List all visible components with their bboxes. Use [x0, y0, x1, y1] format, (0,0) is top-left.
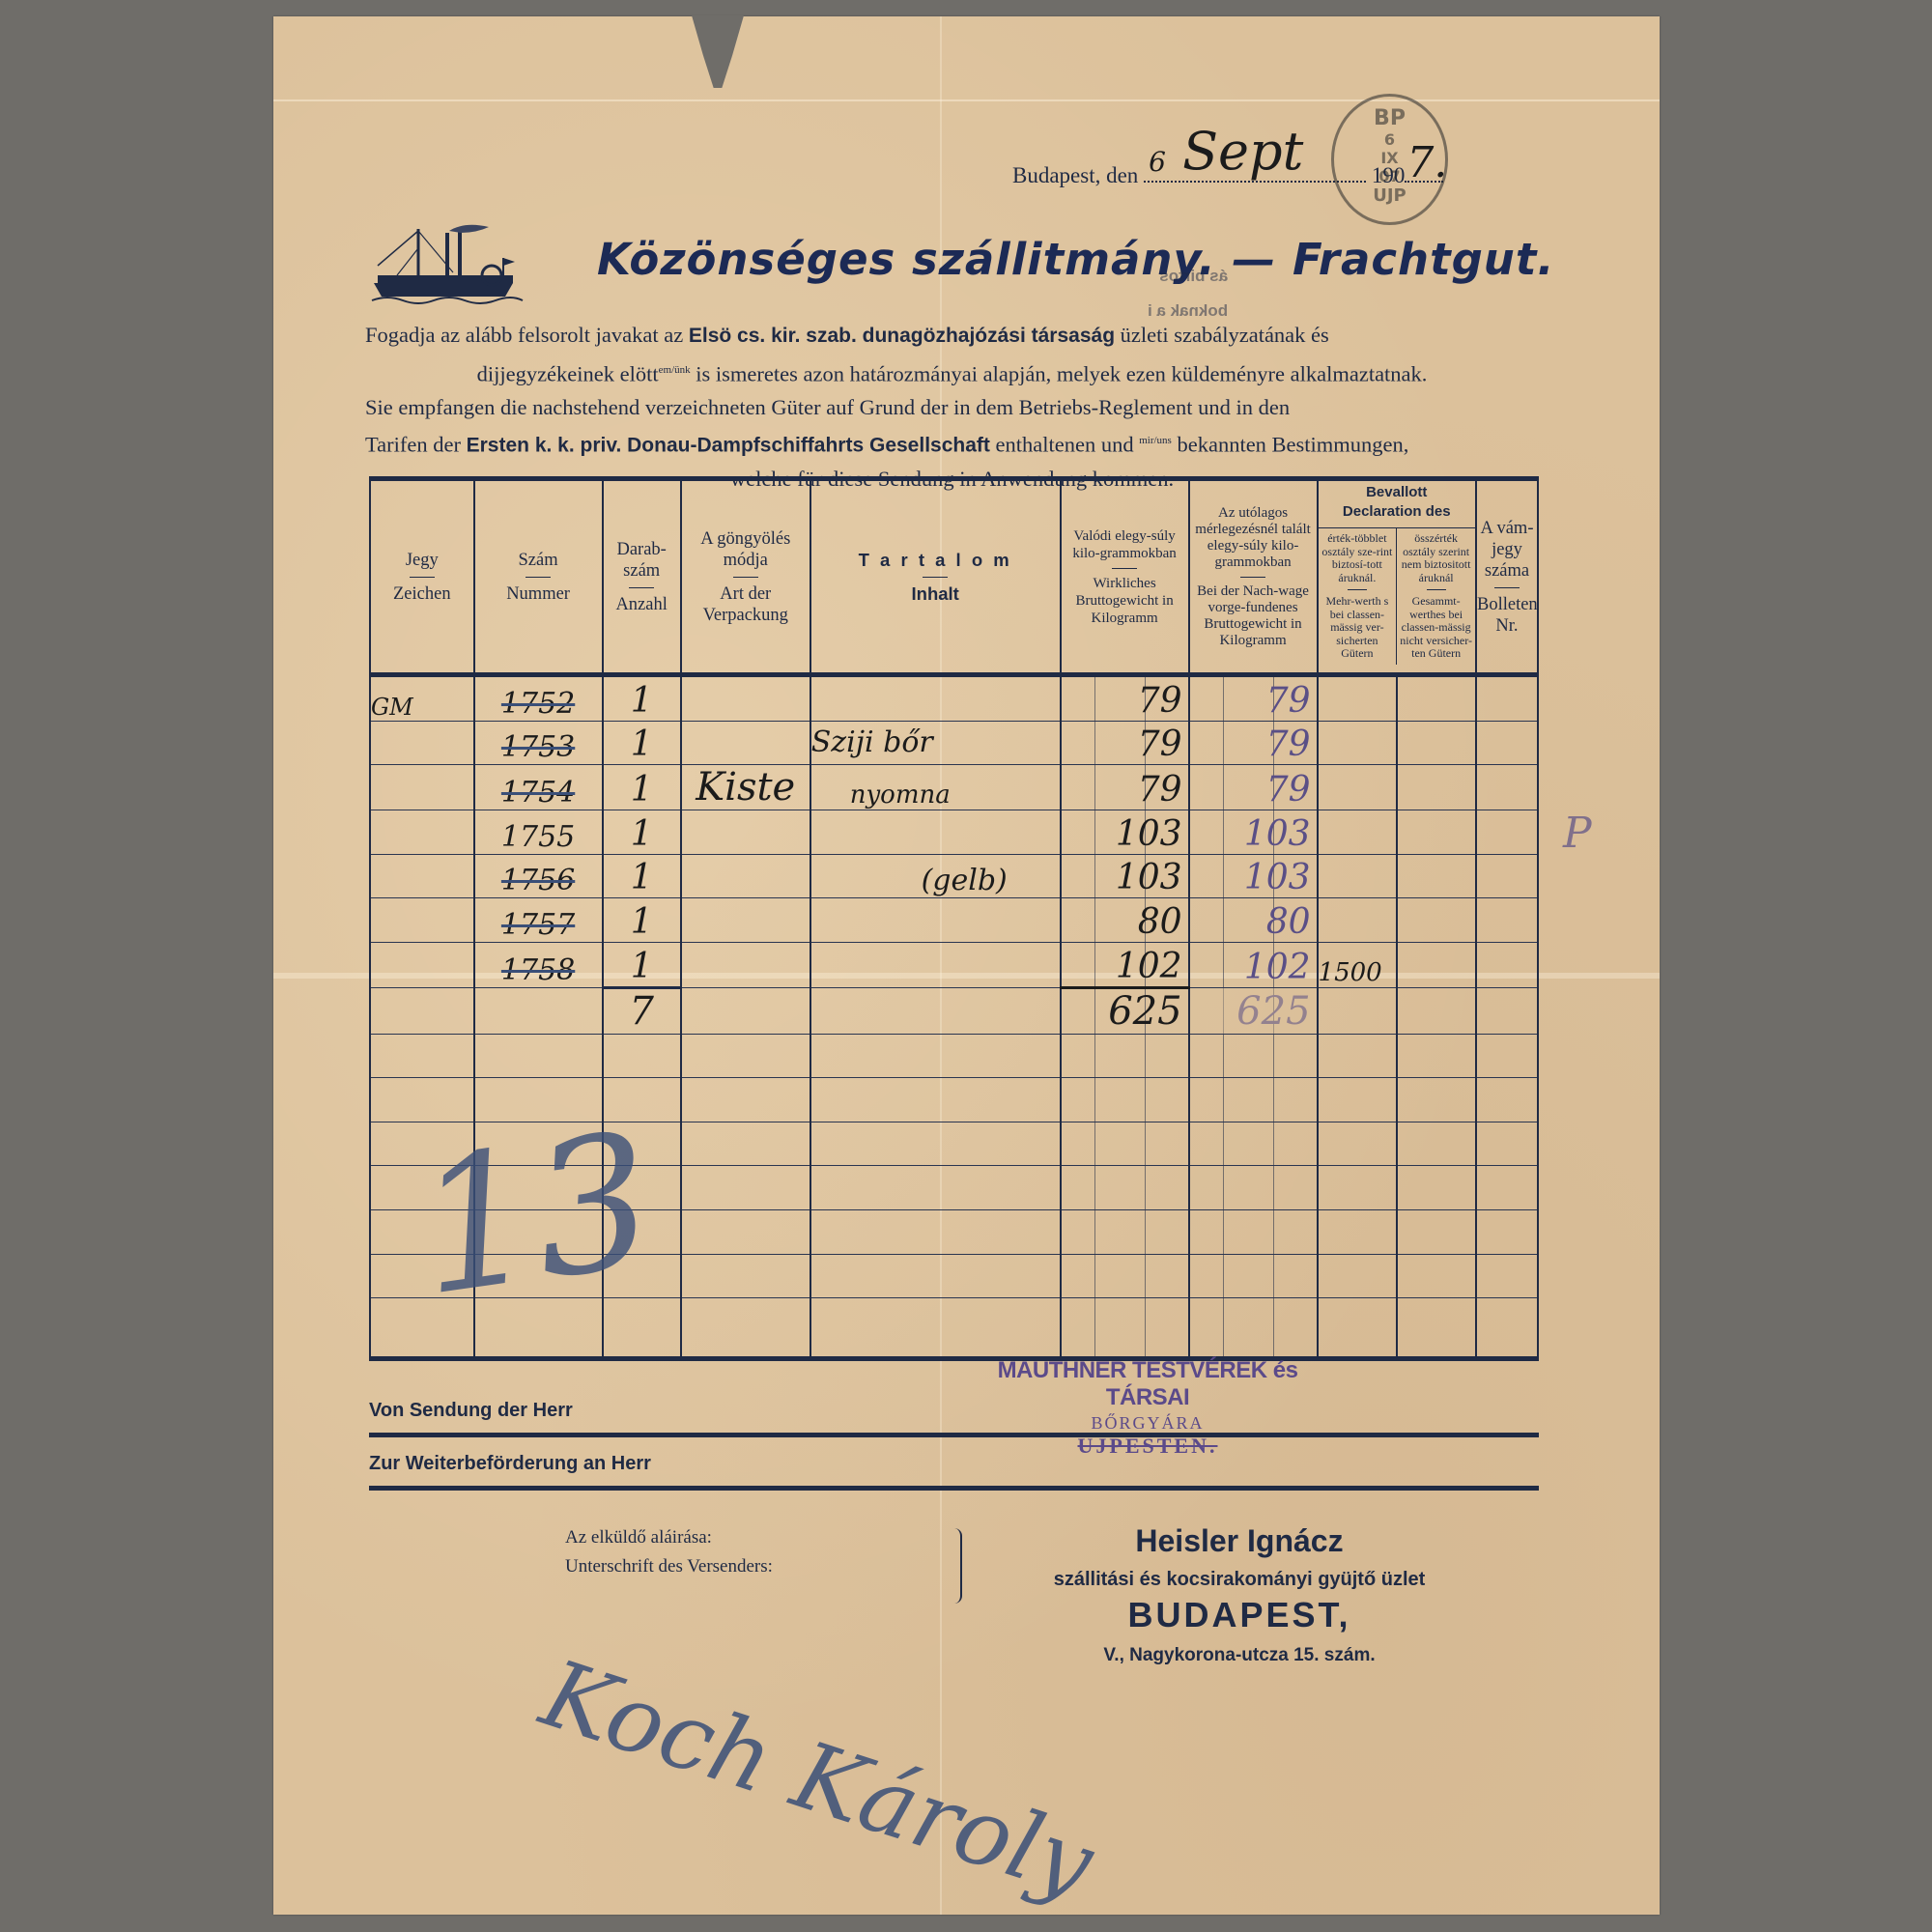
col-header-count: Darab-számAnzahl [603, 479, 681, 675]
cell-customs-no [1476, 942, 1538, 987]
cell-reweigh-weight: 79 [1189, 721, 1318, 765]
cell-declared-surplus [1318, 810, 1397, 855]
table-row: 1757 1 80 80 [370, 898, 1538, 943]
cell-mark [370, 854, 474, 898]
cell-count: 1 [603, 854, 681, 898]
cell-packing-note: Kiste [681, 765, 810, 810]
company-stamp: MAUTHNER TESTVÉREK és TÁRSAI BŐRGYÁRA UJ… [969, 1357, 1326, 1459]
forwarder-address: V., Nagykorona-utcza 15. szám. [950, 1645, 1529, 1666]
sender-line: Von Sendung der Herr [369, 1400, 1539, 1437]
cell-count: 1 [603, 898, 681, 943]
cell-total-count: 7 [603, 987, 681, 1034]
cell-contents [810, 898, 1061, 943]
cell-mark [370, 721, 474, 765]
steamship-icon [368, 219, 527, 306]
cell-declared-total [1397, 765, 1476, 810]
col-header-packing: A göngyölés módjaArt der Verpackung [681, 479, 810, 675]
waybill-paper: Budapest, den 6 Sept 190 7. BP 6 IX 07 U… [273, 16, 1660, 1915]
cell-contents-note-1: Sziji bőr [810, 721, 1061, 765]
cell-mark [370, 898, 474, 943]
cell-declared-surplus [1318, 721, 1397, 765]
cell-contents [810, 810, 1061, 855]
cell-count: 1 [603, 765, 681, 810]
cell-declared-surplus [1318, 898, 1397, 943]
cell-contents-note-2: nyomna [810, 765, 1061, 810]
cell-declared-surplus: 1500 [1318, 942, 1397, 987]
table-row: GM 1752 1 79 79 [370, 675, 1538, 722]
table-row-empty [370, 1034, 1538, 1078]
table-total-row: 7 625 625 [370, 987, 1538, 1034]
table-row: 1754 1 Kiste nyomna 79 79 [370, 765, 1538, 810]
cell-mark [370, 942, 474, 987]
cell-number: 1758 [474, 942, 603, 987]
cell-gross-weight: 79 [1061, 765, 1189, 810]
sender-line-label: Von Sendung der Herr [369, 1400, 573, 1421]
top-notch [692, 15, 744, 88]
table-header-row: JegyZeichen SzámNummer Darab-számAnzahl … [370, 479, 1538, 675]
cell-contents [810, 987, 1061, 1034]
cell-contents [810, 942, 1061, 987]
postmark-stamp: BP 6 IX 07 UJP [1331, 94, 1448, 225]
side-mark: P [1563, 809, 1592, 858]
cell-declared-total [1397, 721, 1476, 765]
table-row: 1755 1 103 103 [370, 810, 1538, 855]
cell-gross-weight: 80 [1061, 898, 1189, 943]
cell-declared-surplus [1318, 987, 1397, 1034]
cell-customs-no [1476, 898, 1538, 943]
intro-text: Fogadja az alább felsorolt javakat az El… [365, 319, 1539, 497]
col-header-declaration: BevallottDeclaration des érték-többlet o… [1318, 479, 1476, 675]
col-header-contents: T a r t a l o mInhalt [810, 479, 1061, 675]
company-name-hu: Elsö cs. kir. szab. dunagözhajózási társ… [689, 325, 1115, 347]
blue-pencil-mark: 13 [405, 1093, 666, 1336]
col-header-declared-total: összérték osztály szerint nem biztositot… [1397, 528, 1475, 665]
cell-declared-total [1397, 898, 1476, 943]
col-header-customs-no: A vám-jegy számaBolleten Nr. [1476, 479, 1538, 675]
cell-gross-weight: 79 [1061, 721, 1189, 765]
mirror-offset-text: ás birtos boknak a i [1148, 266, 1228, 322]
cell-declared-total [1397, 810, 1476, 855]
company-name-de: Ersten k. k. priv. Donau-Dampfschiffahrt… [467, 435, 990, 457]
cell-number: 1752 [474, 675, 603, 722]
cell-mark [370, 810, 474, 855]
cell-customs-no [1476, 987, 1538, 1034]
cell-packing [681, 987, 810, 1034]
cell-reweigh-weight: 103 [1189, 854, 1318, 898]
table-row: 1753 1 Sziji bőr 79 79 [370, 721, 1538, 765]
fold-line-top [273, 99, 1660, 101]
document-title: Közönséges szállitmány. — Frachtgut. [597, 234, 1554, 285]
col-header-gross-weight: Valódi elegy-súly kilo-grammokbanWirklic… [1061, 479, 1189, 675]
cell-customs-no [1476, 854, 1538, 898]
forwarder-subtitle: szállitási és kocsirakományi gyüjtő üzle… [950, 1569, 1529, 1591]
cell-declared-surplus [1318, 765, 1397, 810]
cell-count: 1 [603, 942, 681, 987]
cell-reweigh-weight: 103 [1189, 810, 1318, 855]
table-row: 1758 1 102 102 1500 [370, 942, 1538, 987]
cell-customs-no [1476, 765, 1538, 810]
cell-declared-total [1397, 942, 1476, 987]
cell-reweigh-weight: 79 [1189, 675, 1318, 722]
cell-number [474, 987, 603, 1034]
signature-label: Az elküldő aláirása: Unterschrift des Ve… [565, 1523, 773, 1581]
cell-packing [681, 942, 810, 987]
place-date-label: Budapest, den [1012, 163, 1138, 187]
col-header-mark: JegyZeichen [370, 479, 474, 675]
cell-mark [370, 765, 474, 810]
cell-number: 1757 [474, 898, 603, 943]
cell-gross-weight: 103 [1061, 810, 1189, 855]
cell-number: 1754 [474, 765, 603, 810]
cell-number: 1753 [474, 721, 603, 765]
cell-declared-surplus [1318, 854, 1397, 898]
forward-line: Zur Weiterbeförderung an Herr [369, 1453, 1539, 1491]
col-header-number: SzámNummer [474, 479, 603, 675]
cell-total-gross-weight: 625 [1061, 987, 1189, 1034]
forwarder-city: BUDAPEST, [950, 1595, 1529, 1635]
cell-mark: GM [370, 675, 474, 722]
cell-number: 1755 [474, 810, 603, 855]
cell-customs-no [1476, 810, 1538, 855]
cell-packing [681, 898, 810, 943]
cell-count: 1 [603, 675, 681, 722]
cell-declared-total [1397, 675, 1476, 722]
forwarder-name: Heisler Ignácz [950, 1523, 1529, 1559]
sender-signature: Koch Károly [529, 1639, 1105, 1918]
col-header-reweigh-weight: Az utólagos mérlegezésnél talált elegy-s… [1189, 479, 1318, 675]
cell-total-reweigh-weight: 625 [1189, 987, 1318, 1034]
cell-declared-surplus [1318, 675, 1397, 722]
col-header-declared-surplus: érték-többlet osztály sze-rint biztosí-t… [1319, 528, 1398, 665]
cell-packing [681, 854, 810, 898]
cell-count: 1 [603, 721, 681, 765]
cell-count: 1 [603, 810, 681, 855]
cell-number: 1756 [474, 854, 603, 898]
cell-packing [681, 810, 810, 855]
date-day: 6 [1149, 146, 1166, 178]
cell-contents [810, 675, 1061, 722]
forwarder-block: Heisler Ignácz szállitási és kocsirakomá… [950, 1523, 1529, 1666]
cell-customs-no [1476, 675, 1538, 722]
cell-gross-weight: 102 [1061, 942, 1189, 987]
date-month: Sept [1182, 121, 1303, 182]
cell-reweigh-weight: 102 [1189, 942, 1318, 987]
cell-contents-note-3: (gelb) [810, 854, 1061, 898]
cell-declared-total [1397, 987, 1476, 1034]
cell-packing [681, 721, 810, 765]
cell-gross-weight: 103 [1061, 854, 1189, 898]
table-row: 1756 1 (gelb) 103 103 [370, 854, 1538, 898]
cell-reweigh-weight: 80 [1189, 898, 1318, 943]
cell-reweigh-weight: 79 [1189, 765, 1318, 810]
forward-line-label: Zur Weiterbeförderung an Herr [369, 1453, 651, 1474]
cell-customs-no [1476, 721, 1538, 765]
cell-declared-total [1397, 854, 1476, 898]
cell-packing [681, 675, 810, 722]
cell-gross-weight: 79 [1061, 675, 1189, 722]
cell-mark [370, 987, 474, 1034]
